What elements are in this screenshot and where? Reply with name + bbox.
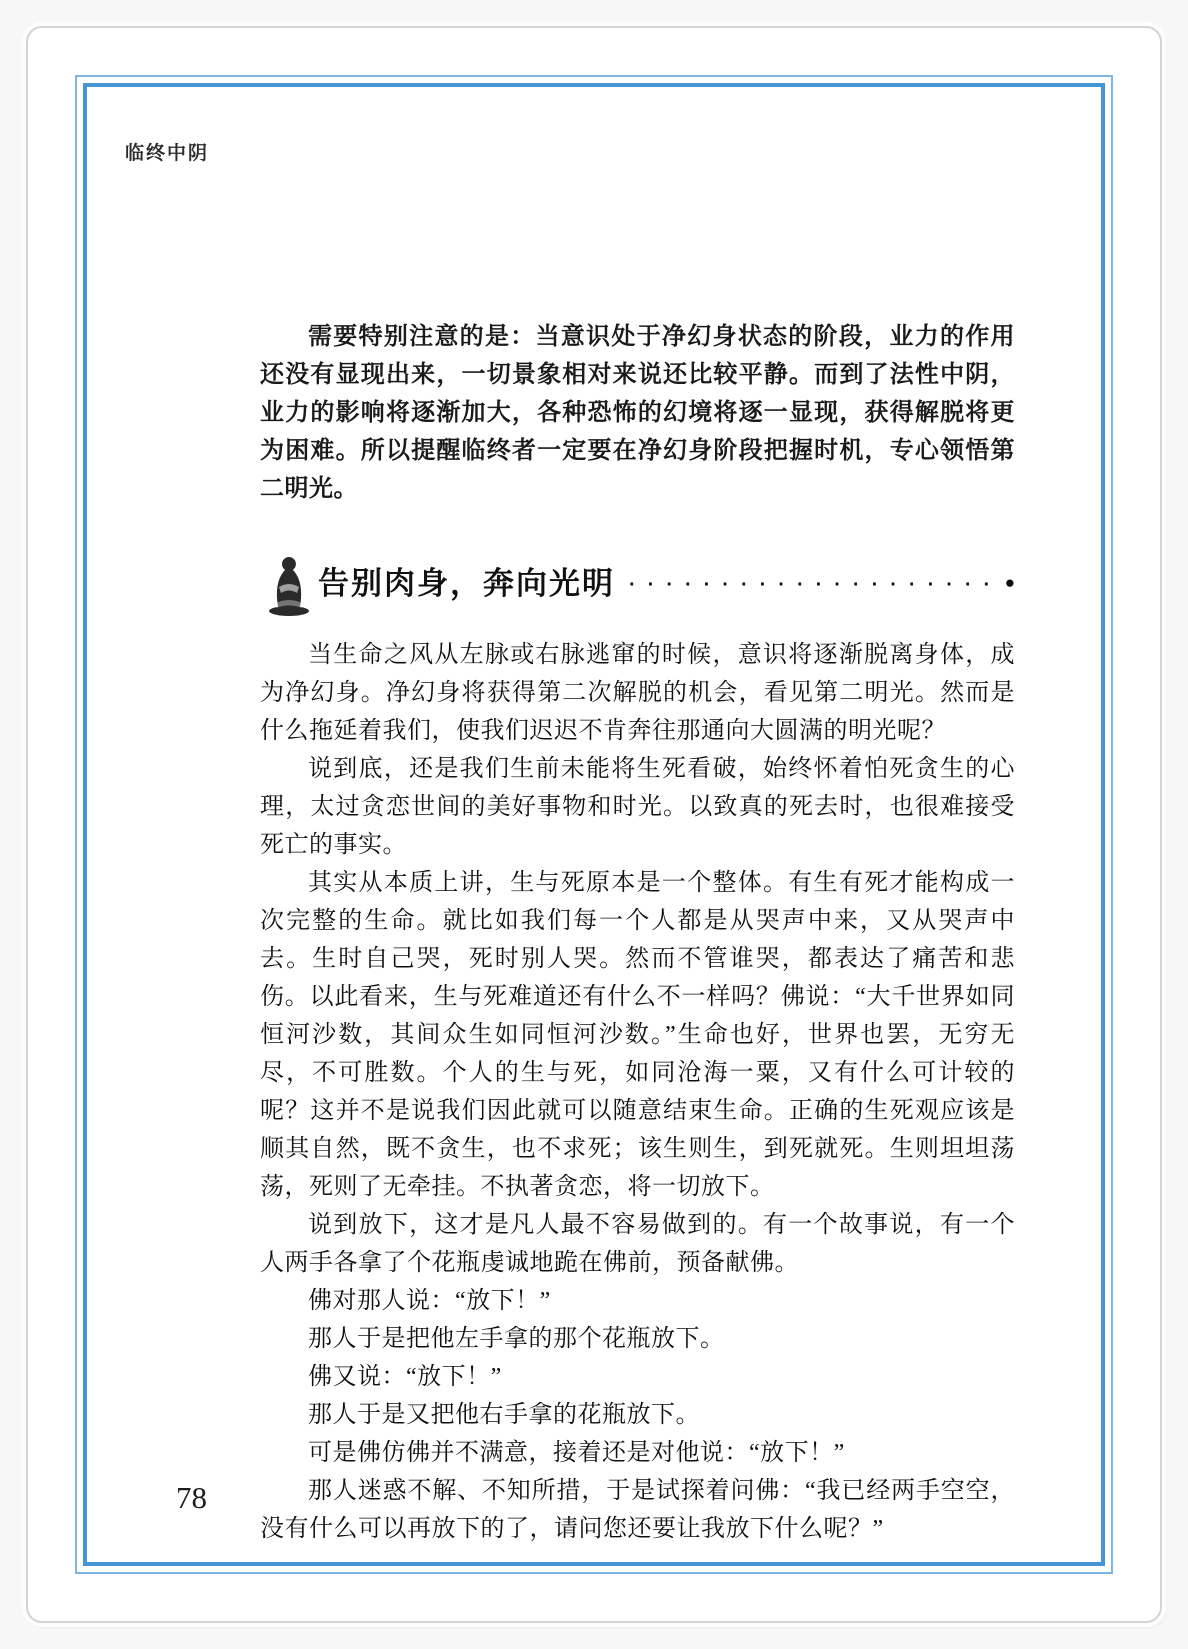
- paragraph-dialogue: 那人迷惑不解、不知所措，于是试探着问佛：“我已经两手空空，没有什么可以再放下的了…: [260, 1472, 1015, 1548]
- paragraph-dialogue: 那人于是把他左手拿的那个花瓶放下。: [260, 1320, 1015, 1358]
- page-number: 78: [176, 1480, 207, 1516]
- seated-buddha-icon: [266, 553, 312, 617]
- paragraph: 说到放下，这才是凡人最不容易做到的。有一个故事说，有一个人两手各拿了个花瓶虔诚地…: [260, 1206, 1015, 1282]
- paragraph: 其实从本质上讲，生与死原本是一个整体。有生有死才能构成一次完整的生命。就比如我们…: [260, 864, 1015, 1206]
- section-heading: 告别肉身，奔向光明 ······················· ●: [266, 544, 1015, 616]
- running-header: 临终中阴: [125, 138, 209, 165]
- section-title: 告别肉身，奔向光明: [318, 558, 615, 603]
- page-content: 需要特别注意的是：当意识处于净幻身状态的阶段，业力的作用还没有显现出来，一切景象…: [260, 318, 1015, 1548]
- intro-paragraph: 需要特别注意的是：当意识处于净幻身状态的阶段，业力的作用还没有显现出来，一切景象…: [260, 318, 1015, 508]
- paragraph-dialogue: 佛对那人说：“放下！”: [260, 1282, 1015, 1320]
- book-page: 临终中阴 需要特别注意的是：当意识处于净幻身状态的阶段，业力的作用还没有显现出来…: [26, 26, 1162, 1623]
- end-bullet-icon: ●: [1005, 573, 1015, 593]
- body-text: 当生命之风从左脉或右脉逃窜的时候，意识将逐渐脱离身体，成为净幻身。净幻身将获得第…: [260, 636, 1015, 1548]
- paragraph-dialogue: 佛又说：“放下！”: [260, 1358, 1015, 1396]
- paragraph: 说到底，还是我们生前未能将生死看破，始终怀着怕死贪生的心理，太过贪恋世间的美好事…: [260, 750, 1015, 864]
- paragraph: 当生命之风从左脉或右脉逃窜的时候，意识将逐渐脱离身体，成为净幻身。净幻身将获得第…: [260, 636, 1015, 750]
- paragraph-dialogue: 可是佛仿佛并不满意，接着还是对他说：“放下！”: [260, 1434, 1015, 1472]
- paragraph-dialogue: 那人于是又把他右手拿的花瓶放下。: [260, 1396, 1015, 1434]
- leader-dots: ·······················: [629, 574, 1001, 597]
